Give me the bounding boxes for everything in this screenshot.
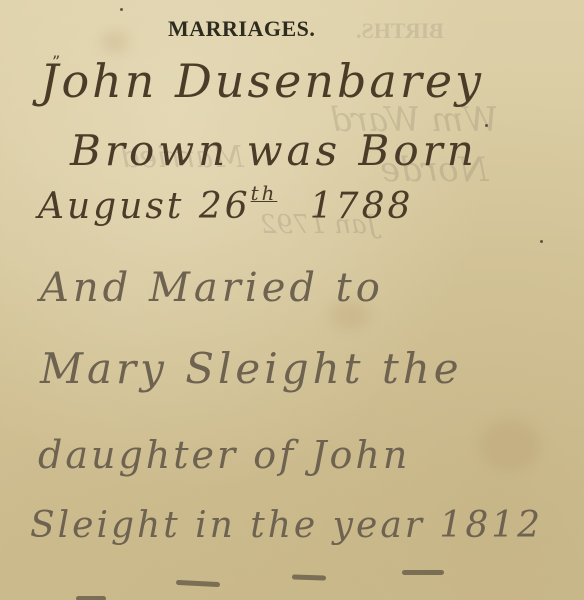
paper-stain (100, 30, 130, 54)
bleed-through-header: BIRTHS. (356, 18, 444, 44)
birth-day: 26 (199, 186, 251, 227)
ink-speck (120, 8, 123, 11)
closing-dash (176, 580, 220, 587)
document-page: BIRTHS. Wm Ward Norde Married Jan 1792 M… (0, 0, 584, 600)
closing-dash (76, 596, 106, 600)
closing-dash (402, 570, 444, 575)
ink-speck (540, 240, 543, 243)
page-header: MARRIAGES. (168, 16, 315, 42)
birth-year: 1788 (310, 186, 414, 227)
paper-stain (480, 420, 540, 470)
handwritten-line-7: Sleight in the year 1812 (30, 508, 543, 544)
handwritten-line-6: daughter of John (38, 436, 410, 474)
birth-day-suffix: th (251, 182, 278, 205)
handwritten-line-2: Brown was Born (70, 130, 478, 172)
handwritten-line-3: August 26th 1788 (38, 184, 413, 225)
handwritten-line-4: And Maried to (40, 268, 384, 308)
ink-speck (485, 124, 488, 127)
handwritten-line-5: Mary Sleight the (40, 348, 463, 390)
closing-dash (292, 574, 326, 580)
birth-month: August (38, 186, 184, 227)
handwritten-line-1: John Dusenbarey (40, 58, 484, 104)
